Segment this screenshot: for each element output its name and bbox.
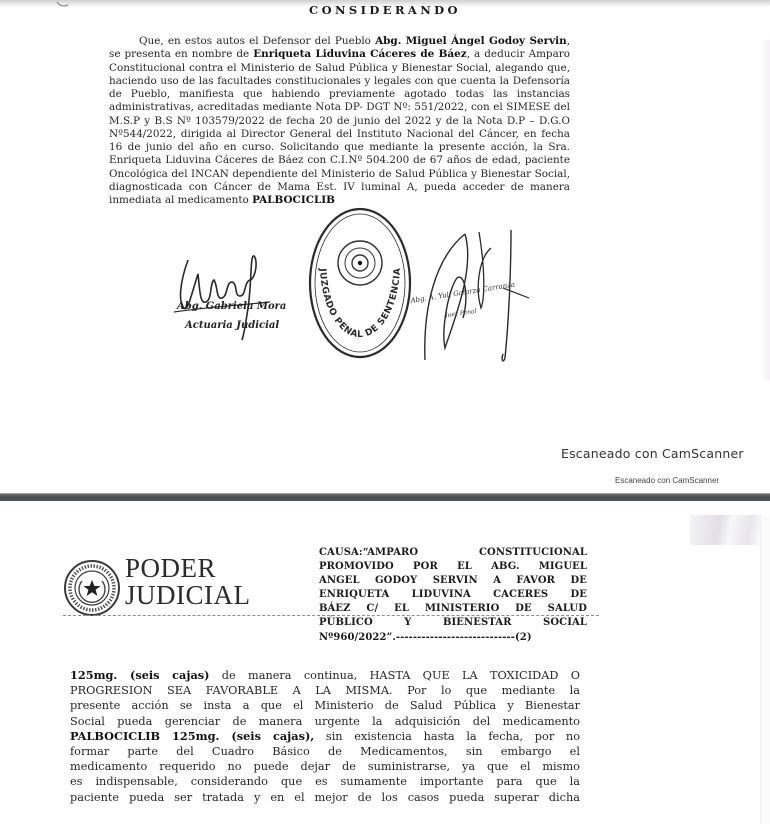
text-run: medicamento requerido no puede dejar de …	[70, 760, 580, 773]
case-caption: CAUSA:“AMPARO CONSTITUCIONALPROMOVIDO PO…	[319, 546, 587, 645]
body-line: Social pueda gerenciar de manera urgente…	[70, 714, 580, 729]
bold-run: PALBOCICLIB 125mg. (seis cajas),	[70, 729, 314, 743]
text-run: formar parte del Cuadro Básico de Medica…	[70, 745, 580, 758]
text-run: PROGRESION SEA FAVORABLE A LA MISMA. Por…	[70, 684, 580, 697]
text-run: es indispensable, considerando que es su…	[70, 775, 580, 788]
poder-judicial-emblem-icon	[63, 559, 121, 617]
section-heading: CONSIDERANDO	[0, 3, 770, 17]
caption-line: Nº960/2022”.----------------------------…	[319, 631, 587, 645]
camscanner-watermark: Escaneado con CamScanner	[561, 446, 744, 461]
signatory-left-name: Abg. Gabriela Mora	[177, 301, 286, 312]
bold-run: Enriqueta Liduvina Cáceres de Báez	[253, 48, 466, 60]
considerando-paragraph: Que, en estos autos el Defensor del Pueb…	[109, 35, 570, 207]
svg-text:JUZGADO PENAL DE SENTENCIA Nº: JUZGADO PENAL DE SENTENCIA Nº	[304, 205, 403, 340]
court-seal-icon: JUZGADO PENAL DE SENTENCIA Nº	[304, 205, 416, 363]
bold-run: Abg. Miguel Ángel Godoy Servin	[375, 35, 567, 47]
header-rule	[63, 615, 599, 616]
signatory-left-role: Actuaria Judicial	[185, 320, 279, 331]
caption-line: ANGEL GODOY SERVIN A FAVOR DE	[319, 574, 587, 588]
body-line: PROGRESION SEA FAVORABLE A LA MISMA. Por…	[70, 683, 580, 698]
page2-body-text: 125mg. (seis cajas) de manera continua, …	[70, 668, 580, 805]
caption-line: ENRIQUETA LIDUVINA CACERES DE	[319, 588, 587, 602]
body-line: presente acción se insta a que el Minist…	[70, 698, 580, 713]
camscanner-footer: Escaneado con CamScanner	[615, 476, 719, 485]
paper-crease	[690, 515, 762, 545]
body-line: 125mg. (seis cajas) de manera continua, …	[70, 668, 580, 683]
body-line: es indispensable, considerando que es su…	[70, 774, 580, 789]
body-line: medicamento requerido no puede dejar de …	[70, 759, 580, 774]
caption-line: PÚBLICO Y BIENESTAR SOCIAL	[319, 616, 587, 630]
logo-line-1: PODER	[125, 555, 251, 582]
text-run: Que, en estos autos el Defensor del Pueb…	[139, 35, 375, 47]
text-run: paciente pueda ser tratada y en el mejor…	[70, 791, 580, 804]
body-line: formar parte del Cuadro Básico de Medica…	[70, 744, 580, 759]
body-line: paciente pueda ser tratada y en el mejor…	[70, 790, 580, 805]
text-run: , a deducir Amparo Constitucional contra…	[109, 48, 570, 206]
bold-run: 125mg. (seis cajas)	[70, 668, 210, 682]
caption-line: PROMOVIDO POR EL ABG. MIGUEL	[319, 560, 587, 574]
page-right-edge	[760, 40, 770, 380]
document-page-1: CONSIDERANDO Que, en estos autos el Defe…	[0, 0, 770, 492]
text-run: Social pueda gerenciar de manera urgente…	[70, 715, 580, 728]
poder-judicial-logo: PODER JUDICIAL	[125, 555, 251, 609]
body-line: PALBOCICLIB 125mg. (seis cajas), sin exi…	[70, 729, 580, 744]
caption-line: CAUSA:“AMPARO CONSTITUCIONAL	[319, 546, 587, 560]
text-run: presente acción se insta a que el Minist…	[70, 699, 580, 712]
text-run: sin existencia hasta la fecha, por no	[314, 730, 580, 743]
text-run: de manera continua, HASTA QUE LA TOXICID…	[210, 669, 581, 682]
page-right-margin	[760, 515, 770, 824]
logo-line-2: JUDICIAL	[125, 582, 251, 609]
